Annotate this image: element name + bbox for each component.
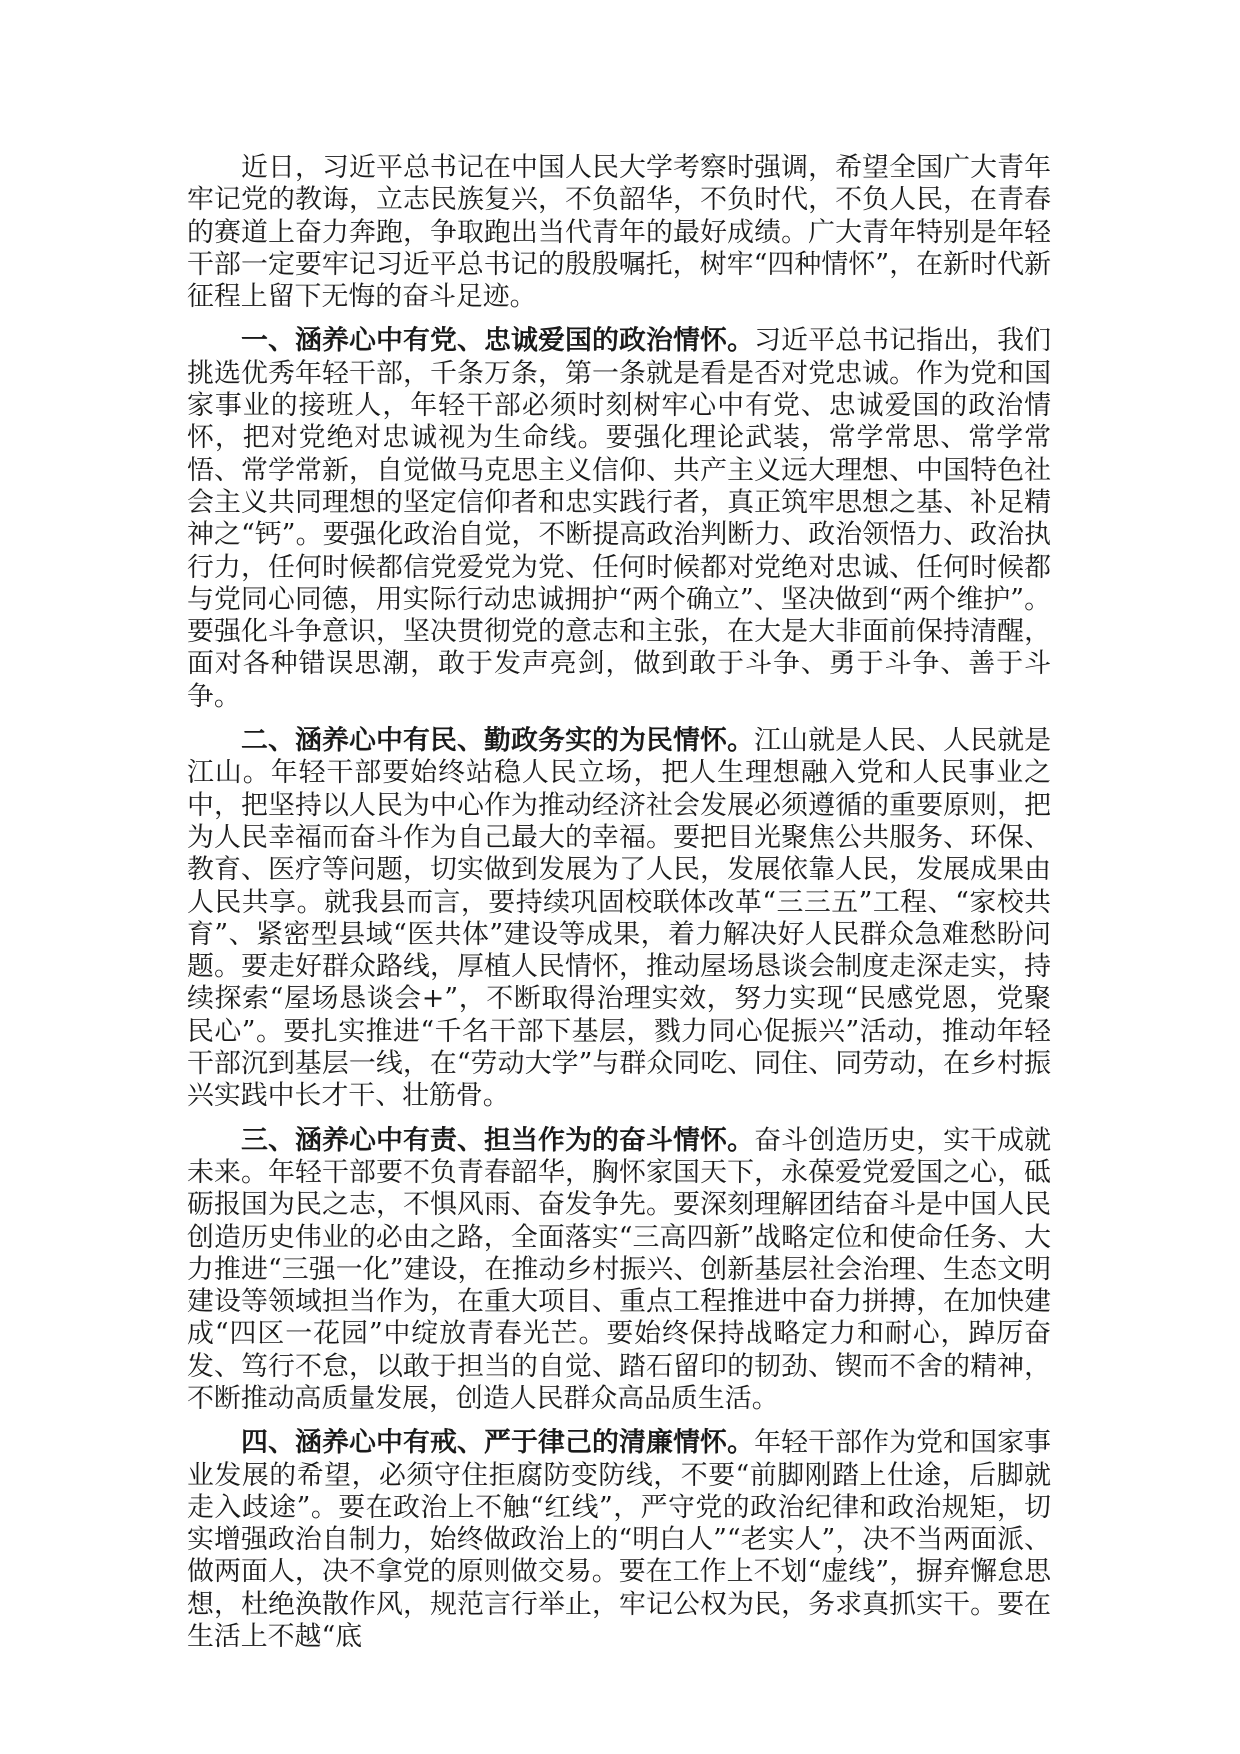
section-4-heading: 四、涵养心中有戒、严于律己的清廉情怀。 [241, 1427, 754, 1458]
paragraph-body: 近日，习近平总书记在中国人民大学考察时强调，希望全国广大青年牢记党的教诲，立志民… [187, 152, 1051, 312]
section-3-heading: 三、涵养心中有责、担当作为的奋斗情怀。 [241, 1125, 754, 1156]
section-1-paragraph: 一、涵养心中有党、忠诚爱国的政治情怀。习近平总书记指出，我们挑选优秀年轻干部，千… [187, 325, 1051, 713]
section-3-body: 奋斗创造历史，实干成就未来。年轻干部要不负青春韶华，胸怀家国天下，永葆爱党爱国之… [187, 1125, 1051, 1414]
section-1-body: 习近平总书记指出，我们挑选优秀年轻干部，千条万条，第一条就是看是否对党忠诚。作为… [187, 325, 1051, 711]
section-2-body: 江山就是人民、人民就是江山。年轻干部要始终站稳人民立场，把人生理想融入党和人民事… [187, 725, 1051, 1111]
document-page: 近日，习近平总书记在中国人民大学考察时强调，希望全国广大青年牢记党的教诲，立志民… [187, 152, 1051, 1665]
section-3-paragraph: 三、涵养心中有责、担当作为的奋斗情怀。奋斗创造历史，实干成就未来。年轻干部要不负… [187, 1125, 1051, 1416]
intro-paragraph: 近日，习近平总书记在中国人民大学考察时强调，希望全国广大青年牢记党的教诲，立志民… [187, 152, 1051, 313]
section-4-body: 年轻干部作为党和国家事业发展的希望，必须守住拒腐防变防线，不要“前脚刚踏上仕途，… [187, 1427, 1051, 1652]
section-2-paragraph: 二、涵养心中有民、勤政务实的为民情怀。江山就是人民、人民就是江山。年轻干部要始终… [187, 725, 1051, 1113]
section-2-heading: 二、涵养心中有民、勤政务实的为民情怀。 [241, 725, 754, 756]
section-4-paragraph: 四、涵养心中有戒、严于律己的清廉情怀。年轻干部作为党和国家事业发展的希望，必须守… [187, 1427, 1051, 1653]
section-1-heading: 一、涵养心中有党、忠诚爱国的政治情怀。 [241, 325, 754, 356]
